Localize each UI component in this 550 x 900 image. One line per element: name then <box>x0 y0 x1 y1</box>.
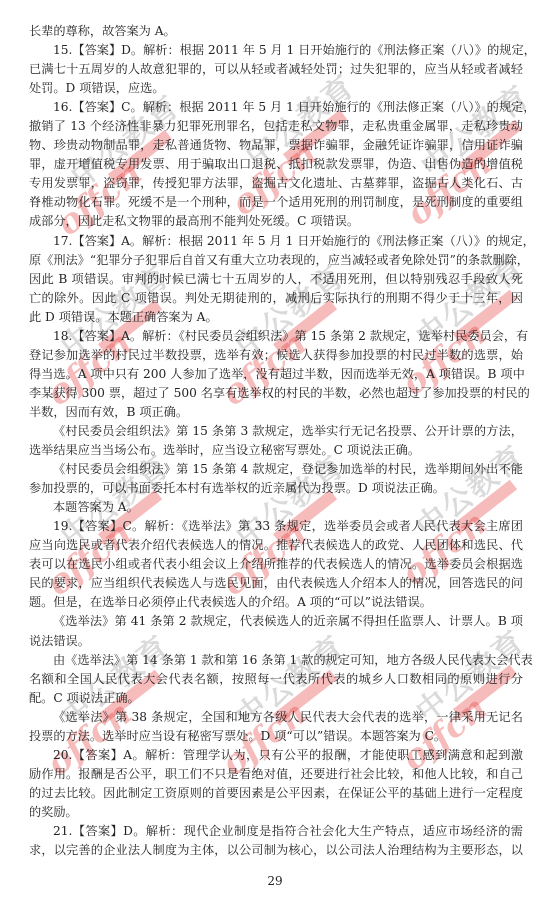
text-line: 撤销了 13 个经济性非暴力犯罪死刑罪名，包括走私文物罪，走私贵重金属罪，走私珍… <box>29 117 523 136</box>
answer-explanations-body: 长辈的尊称，故答案为 A。15.【答案】D。解析：根据 2011 年 5 月 1… <box>29 22 523 860</box>
text-line: 选举结果应当当场公布。选举时，应当设立秘密写票处。C 项说法正确。 <box>29 441 523 460</box>
text-line: 应当向选民或者代表介绍代表候选人的情况。推荐代表候选人的政党、人民团体和选民、代 <box>29 536 523 555</box>
text-line: 题。但是，在选举日必须停止代表候选人的介绍。A 项的“可以”说法错误。 <box>29 593 523 612</box>
text-line: 成部分，因此走私文物罪的最高刑不能判处死缓。C 项错误。 <box>29 212 523 231</box>
text-line: 《选举法》第 38 条规定，全国和地方各级人民代表大会代表的选举，一律采用无记名 <box>29 708 523 727</box>
text-line: 参加投票的，可以书面委托本村有选举权的近亲属代为投票。D 项说法正确。 <box>29 479 523 498</box>
text-line: 亡的除外。因此 C 项错误。判处无期徒刑的，减刑后实际执行的刑期不得少于十三年，… <box>29 289 523 308</box>
page-number: 29 <box>0 874 550 888</box>
text-line: 物、珍贵动物制品罪，走私普通货物、物品罪，票据诈骗罪，金融凭证诈骗罪，信用证诈骗 <box>29 136 523 155</box>
text-line: 说法错误。 <box>29 632 523 651</box>
text-line: 此 D 项错误。本题正确答案为 A。 <box>29 308 523 327</box>
text-line: 21.【答案】D。解析：现代企业制度是指符合社会化大生产特点，适应市场经济的需 <box>29 822 523 841</box>
text-line: 励作用。报酬是否公平，职工们不只是看绝对值，还要进行社会比较，和他人比较，和自己 <box>29 765 523 784</box>
text-line: 投票的方法。选举时应当设有秘密写票处。D 项“可以”错误。本题答案为 C。 <box>29 727 523 746</box>
text-line: 罪，虚开增值税专用发票、用于骗取出口退税、抵扣税款发票罪，伪造、出售伪造的增值税 <box>29 155 523 174</box>
text-line: 求，以完善的企业法人制度为主体，以公司制为核心，以公司法人治理结构为主要形态，以 <box>29 841 523 860</box>
text-line: 15.【答案】D。解析：根据 2011 年 5 月 1 日开始施行的《刑法修正案… <box>29 41 523 60</box>
text-line: 的奖励。 <box>29 803 523 822</box>
text-line: 李某获得 300 票，超过了 500 名享有选举权的村民的半数，必然也超过了参加… <box>29 384 523 403</box>
text-line: 19.【答案】C。解析：《选举法》第 33 条规定，选举委员会或者人民代表大会主… <box>29 517 523 536</box>
text-line: 本题答案为 A。 <box>29 498 523 517</box>
text-line: 脊椎动物化石罪。死缓不是一个刑种，而是一个适用死刑的刑罚制度，是死刑制度的重要组 <box>29 193 523 212</box>
text-line: 16.【答案】C。解析：根据 2011 年 5 月 1 日开始施行的《刑法修正案… <box>29 98 523 117</box>
text-line: 原《刑法》“犯罪分子犯罪后自首又有重大立功表现的，应当减轻或者免除处罚”的条款删… <box>29 251 523 270</box>
text-line: 长辈的尊称，故答案为 A。 <box>29 22 523 41</box>
text-line: 半数，因而有效，B 项正确。 <box>29 403 523 422</box>
text-line: 《选举法》第 41 条第 2 款规定，代表候选人的近亲属不得担任监票人、计票人。… <box>29 612 523 631</box>
text-line: 由《选举法》第 14 条第 1 款和第 16 条第 1 款的规定可知，地方各级人… <box>29 651 523 670</box>
text-line: 得当选。A 项中只有 200 人参加了选举，没有超过半数，因而选举无效，A 项错… <box>29 365 523 384</box>
text-line: 配。C 项说法正确。 <box>29 689 523 708</box>
text-line: 的过去比较。因此制定工资原则的首要因素是公平因素，在保证公平的基础上进行一定程度 <box>29 784 523 803</box>
text-line: 处罚。D 项错误，应选。 <box>29 79 523 98</box>
document-page: offcn中公教育offcn中公教育offcn中公教育offcn中公教育offc… <box>0 0 550 900</box>
text-line: 20.【答案】A。解析：管理学认为，只有公平的报酬，才能使职工感到满意和起到激 <box>29 746 523 765</box>
text-line: 专用发票罪，盗窃罪，传授犯罪方法罪，盗掘古文化遗址、古墓葬罪，盗掘古人类化石、古 <box>29 174 523 193</box>
text-line: 18.【答案】A。解析：《村民委员会组织法》第 15 条第 2 款规定，选举村民… <box>29 327 523 346</box>
text-line: 17.【答案】A。解析：根据 2011 年 5 月 1 日开始施行的《刑法修正案… <box>29 232 523 251</box>
text-line: 名额和全国人民代表大会代表名额，按照每一代表所代表的城乡人口数相同的原则进行分 <box>29 670 523 689</box>
text-line: 已满七十五周岁的人故意犯罪的，可以从轻或者减轻处罚；过失犯罪的，应当从轻或者减轻 <box>29 60 523 79</box>
text-line: 表可以在选民小组或者代表小组会议上介绍所推荐的代表候选人的情况。选举委员会根据选 <box>29 555 523 574</box>
text-line: 登记参加选举的村民过半数投票，选举有效；候选人获得参加投票的村民过半数的选票，始 <box>29 346 523 365</box>
text-line: 《村民委员会组织法》第 15 条第 4 款规定，登记参加选举的村民，选举期间外出… <box>29 460 523 479</box>
text-line: 民的要求，应当组织代表候选人与选民见面，由代表候选人介绍本人的情况，回答选民的问 <box>29 574 523 593</box>
text-line: 《村民委员会组织法》第 15 条第 3 款规定，选举实行无记名投票、公开计票的方… <box>29 422 523 441</box>
text-line: 因此 B 项错误。审判的时候已满七十五周岁的人，不适用死刑，但以特别残忍手段致人… <box>29 270 523 289</box>
